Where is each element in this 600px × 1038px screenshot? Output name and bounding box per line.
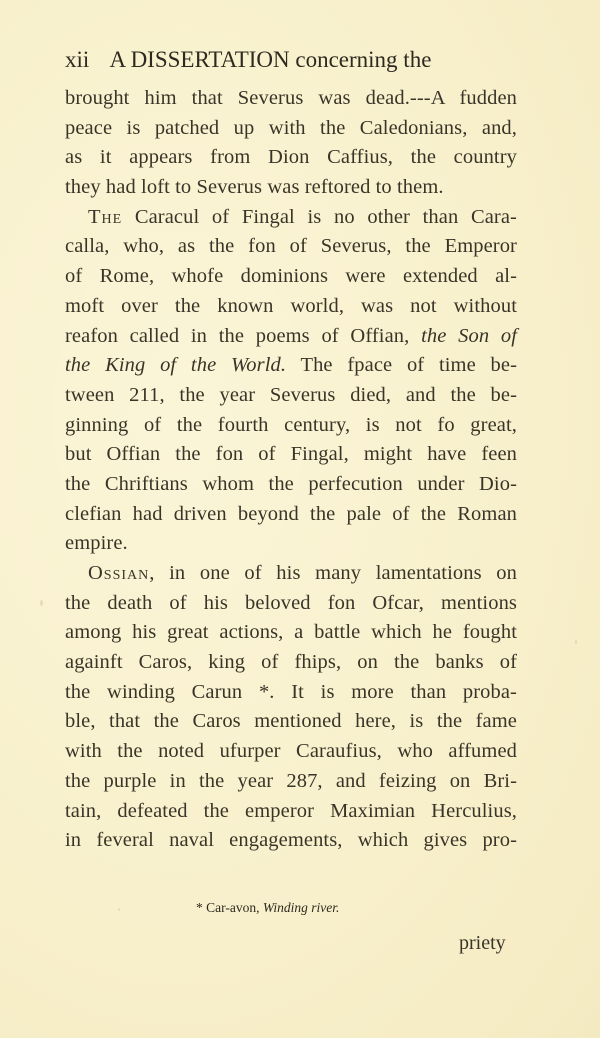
text-line: tain, defeated the emperor Maximian Herc…	[65, 797, 517, 827]
line-text: , in one of his many lamentations on	[149, 562, 517, 584]
line-text: but Offian the fon of Fingal, might have…	[65, 443, 517, 465]
line-text: clefian had driven beyond the pale of th…	[65, 503, 517, 525]
text-line: moft over the known world, was not witho…	[65, 292, 517, 322]
text-line: Ossian, in one of his many lamentations …	[65, 559, 517, 589]
paper-speck	[118, 908, 120, 911]
small-caps-lead: Ossian	[88, 562, 149, 584]
text-line: the King of the World. The fpace of time…	[65, 351, 517, 381]
text-line: the death of his beloved fon Ofcar, ment…	[65, 589, 517, 619]
line-text: they had loft to Severus was reftored to…	[65, 176, 444, 198]
line-text: againft Caros, king of fhips, on the ban…	[65, 651, 517, 673]
line-text: peace is patched up with the Caledonians…	[65, 117, 517, 139]
line-text: the winding Carun *. It is more than pro…	[65, 681, 517, 703]
text-line: the Chriftians whom the perfecution unde…	[65, 470, 517, 500]
page-number: xii	[65, 47, 105, 73]
text-line: among his great actions, a battle which …	[65, 618, 517, 648]
text-line: peace is patched up with the Caledonians…	[65, 114, 517, 144]
line-text: Caracul of Fingal is no other than Cara-	[122, 206, 517, 228]
italic-phrase: the King of the World.	[65, 354, 286, 376]
book-page: xii A DISSERTATION concerning the brough…	[0, 0, 600, 1038]
text-line: tween 211, the year Severus died, and th…	[65, 381, 517, 411]
text-line: with the noted ufurper Caraufius, who af…	[65, 737, 517, 767]
text-line: ginning of the fourth century, is not fo…	[65, 411, 517, 441]
text-line: ble, that the Caros mentioned here, is t…	[65, 707, 517, 737]
running-header: xii A DISSERTATION concerning the	[65, 47, 520, 73]
text-line: but Offian the fon of Fingal, might have…	[65, 440, 517, 470]
line-text: the Chriftians whom the perfecution unde…	[65, 473, 517, 495]
line-text: empire.	[65, 532, 128, 554]
text-line: calla, who, as the fon of Severus, the E…	[65, 232, 517, 262]
paper-speck	[575, 640, 577, 644]
text-line: of Rome, whofe dominions were extended a…	[65, 262, 517, 292]
text-line: the purple in the year 287, and feizing …	[65, 767, 517, 797]
line-text: with the noted ufurper Caraufius, who af…	[65, 740, 517, 762]
text-line: as it appears from Dion Caffius, the cou…	[65, 143, 517, 173]
line-text: in feveral naval engagements, which give…	[65, 829, 517, 851]
text-line: reafon called in the poems of Offian, th…	[65, 322, 517, 352]
line-text: reafon called in the poems of Offian,	[65, 325, 421, 347]
body-text: brought him that Severus was dead.---A f…	[65, 84, 517, 856]
line-text: the purple in the year 287, and feizing …	[65, 770, 517, 792]
line-text: moft over the known world, was not witho…	[65, 295, 517, 317]
text-line: empire.	[65, 529, 517, 559]
footnote: * Car-avon, Winding river.	[196, 900, 339, 916]
text-line: in feveral naval engagements, which give…	[65, 826, 517, 856]
text-line: The Caracul of Fingal is no other than C…	[65, 203, 517, 233]
line-text: brought him that Severus was dead.---A f…	[65, 87, 517, 109]
text-line: brought him that Severus was dead.---A f…	[65, 84, 517, 114]
text-line: they had loft to Severus was reftored to…	[65, 173, 517, 203]
footnote-italic: Winding river.	[263, 900, 340, 915]
footnote-marker: *	[196, 900, 203, 915]
footnote-text: Car-avon,	[206, 900, 259, 915]
line-text: The fpace of time be-	[286, 354, 517, 376]
line-text: calla, who, as the fon of Severus, the E…	[65, 235, 517, 257]
line-text: as it appears from Dion Caffius, the cou…	[65, 146, 517, 168]
text-line: the winding Carun *. It is more than pro…	[65, 678, 517, 708]
text-line: againft Caros, king of fhips, on the ban…	[65, 648, 517, 678]
line-text: among his great actions, a battle which …	[65, 621, 517, 643]
small-caps-lead: The	[88, 206, 122, 228]
text-line: clefian had driven beyond the pale of th…	[65, 500, 517, 530]
line-text: tween 211, the year Severus died, and th…	[65, 384, 517, 406]
paper-speck	[40, 600, 43, 606]
running-head-title: A DISSERTATION concerning the	[109, 47, 431, 72]
catchword: priety	[459, 932, 506, 955]
line-text: ginning of the fourth century, is not fo…	[65, 414, 517, 436]
italic-phrase: the Son of	[421, 325, 517, 347]
line-text: tain, defeated the emperor Maximian Herc…	[65, 800, 517, 822]
line-text: of Rome, whofe dominions were extended a…	[65, 265, 517, 287]
line-text: the death of his beloved fon Ofcar, ment…	[65, 592, 517, 614]
line-text: ble, that the Caros mentioned here, is t…	[65, 710, 517, 732]
